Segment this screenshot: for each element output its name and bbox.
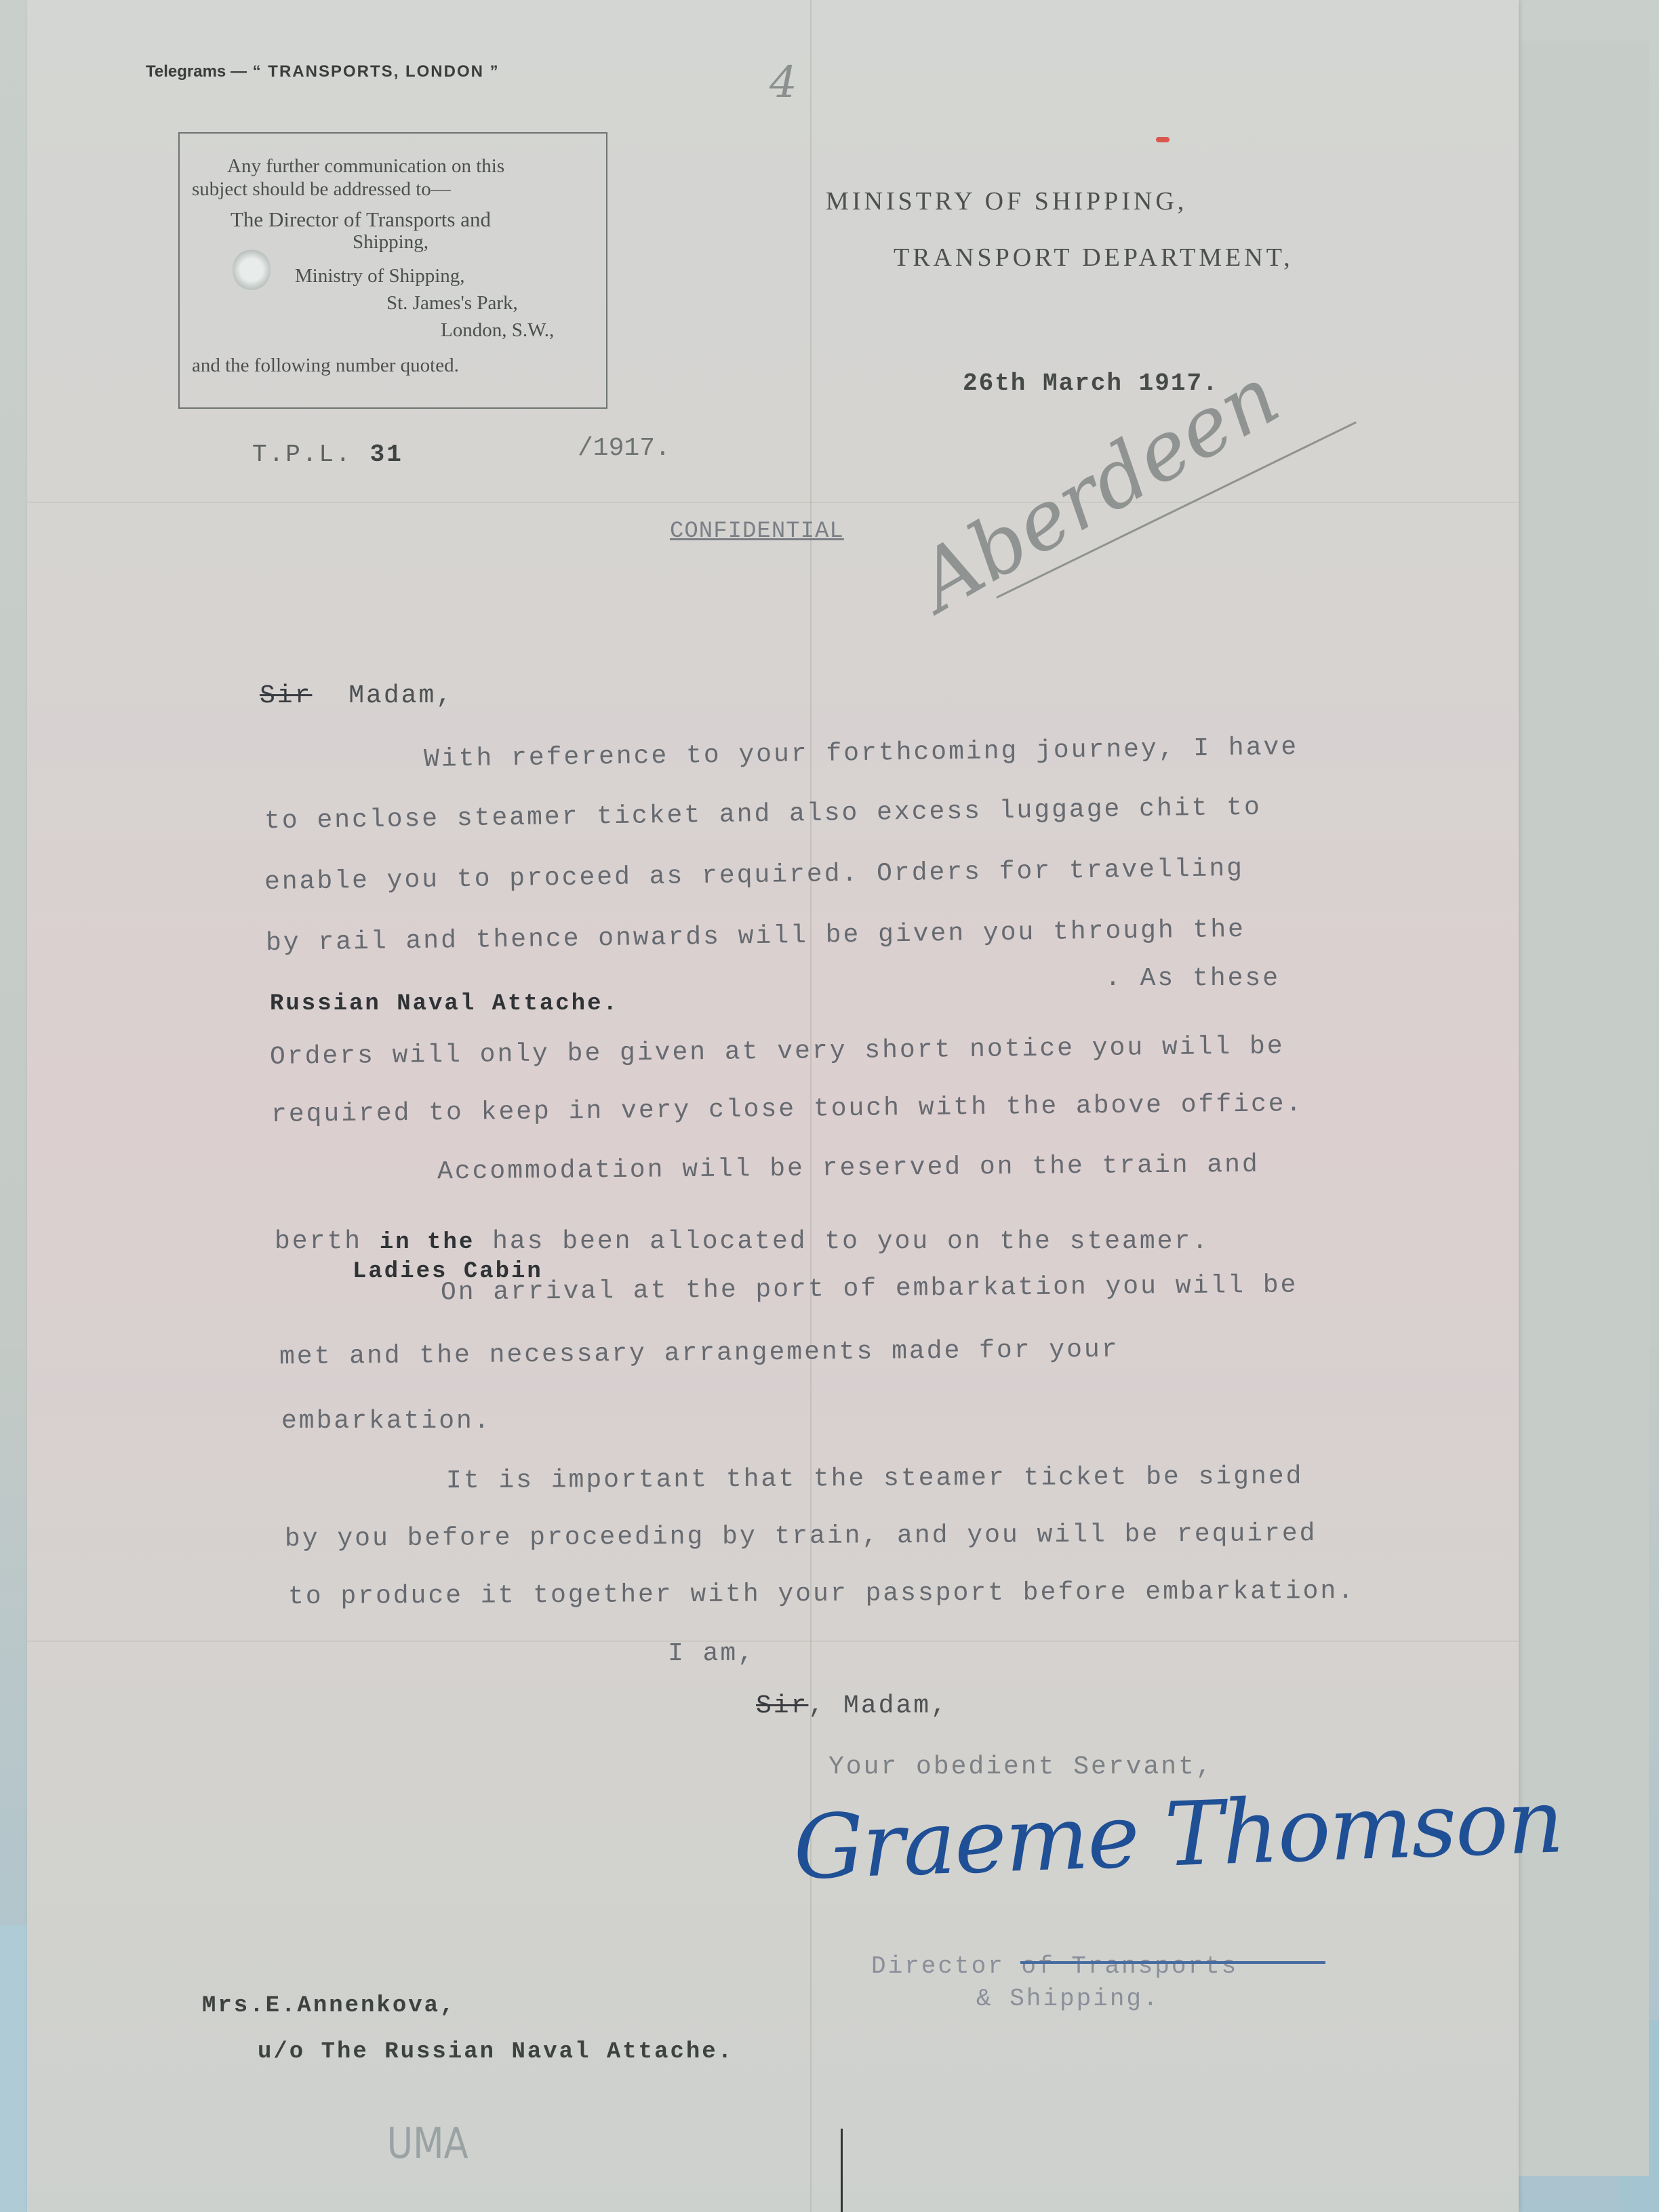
- correspondence-address-box: Any further communication on this subjec…: [178, 132, 607, 409]
- salutation-madam: Madam,: [348, 681, 454, 710]
- punch-hole: [233, 249, 271, 291]
- reference-prefix: T.P.L.: [252, 441, 353, 468]
- struck-sir: Sir: [756, 1691, 808, 1721]
- pencil-folio-number: 4: [769, 58, 797, 108]
- address-line: Ministry of Shipping,: [295, 262, 465, 290]
- inserted-in-the: in the: [380, 1230, 475, 1255]
- recipient-name: Mrs.E.Annenkova,: [202, 1993, 456, 2019]
- address-line: London, S.W.,: [441, 317, 554, 344]
- body-line: embarkation.: [281, 1407, 492, 1436]
- body-line: . As these: [1105, 964, 1280, 993]
- salutation: Sir Madam,: [260, 681, 454, 710]
- reference-number: T.P.L.31: [252, 441, 403, 468]
- signer-title-continued: & Shipping.: [976, 1985, 1160, 2013]
- body-word-berth: berth: [275, 1227, 362, 1256]
- inserted-russian-naval-attache: Russian Naval Attache.: [270, 991, 619, 1017]
- fold-crease-horizontal: [27, 502, 1519, 503]
- reference-number-value: 31: [370, 441, 403, 468]
- recipient-care-of: u/o The Russian Naval Attache.: [258, 2039, 734, 2065]
- closing-madam: , Madam,: [808, 1691, 948, 1721]
- valediction: Your obedient Servant,: [828, 1752, 1214, 1782]
- body-line: berth in the has been allocated to you o…: [275, 1227, 1210, 1256]
- ink-strike-through: [1020, 1961, 1325, 1964]
- address-line: St. James's Park,: [386, 289, 518, 317]
- page-edge-mark: [841, 2129, 843, 2212]
- telegrams-address: “ TRANSPORTS, LONDON ”: [253, 62, 500, 81]
- signer-title: Director of Transports: [871, 1952, 1238, 1980]
- confidential-heading: CONFIDENTIAL: [670, 519, 844, 544]
- address-line: and the following number quoted.: [192, 352, 459, 380]
- struck-salutation: Sir: [260, 681, 312, 710]
- address-line: subject should be addressed to—: [192, 176, 451, 203]
- archive-stamp: UMA: [387, 2118, 468, 2168]
- department-heading: TRANSPORT DEPARTMENT,: [894, 243, 1294, 273]
- body-line: to produce it together with your passpor…: [288, 1577, 1355, 1611]
- ministry-heading: MINISTRY OF SHIPPING,: [826, 186, 1187, 216]
- body-line: It is important that the steamer ticket …: [446, 1462, 1304, 1496]
- body-line: by you before proceeding by train, and y…: [285, 1519, 1317, 1554]
- telegrams-line: Telegrams — “ TRANSPORTS, LONDON ”: [146, 62, 500, 81]
- red-ink-mark: [1156, 137, 1170, 142]
- body-line-continuation: has been allocated to you on the steamer…: [492, 1227, 1210, 1256]
- reference-year: /1917.: [578, 434, 671, 463]
- address-line: Shipping,: [353, 228, 428, 256]
- fold-crease-horizontal: [27, 1641, 1519, 1642]
- closing-madam-line: Sir, Madam,: [756, 1691, 948, 1721]
- telegrams-label: Telegrams —: [146, 62, 247, 81]
- closing-i-am: I am,: [668, 1639, 755, 1668]
